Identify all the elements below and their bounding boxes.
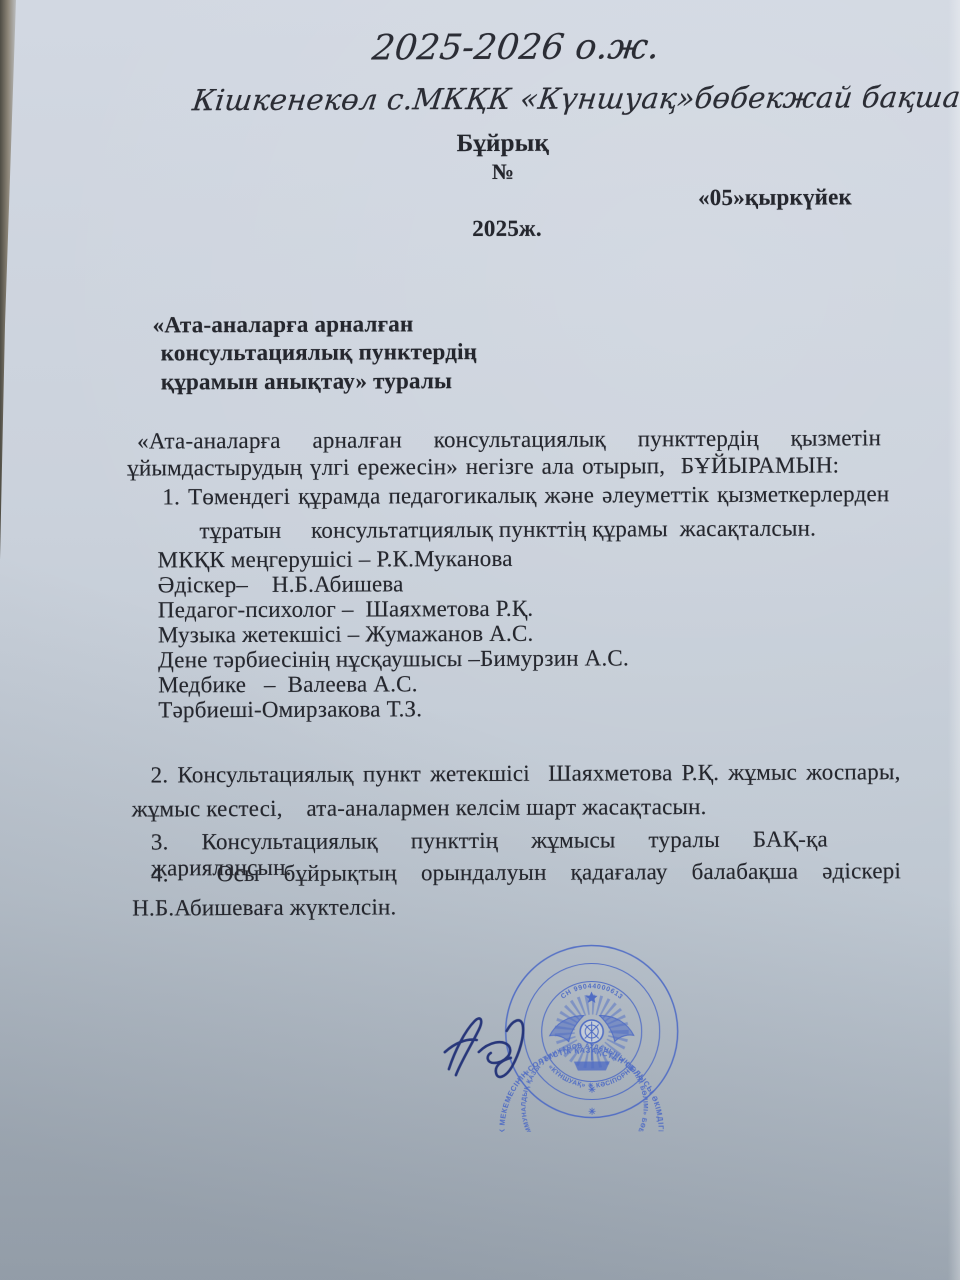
subject-line: құрамын анықтау» туралы <box>161 368 452 395</box>
doc-type-title: Бұйрық <box>423 130 583 159</box>
order-item-1-line: тұратын консультатциялық пункттің құрамы… <box>199 516 816 545</box>
stamp-asterisk-separator: ✳ <box>588 1106 596 1116</box>
organization-line: Кішкенекөл с.МКҚК «Күншуақ»бөбекжай бақш… <box>191 81 815 118</box>
doc-date-year: 2025ж. <box>472 216 542 242</box>
emblem-banner <box>574 1061 610 1070</box>
preamble-line: «Ата-аналарға арналған консультациялық п… <box>137 425 881 454</box>
preamble-line: ұйымдастырудың үлгі ережесін» негізге ал… <box>127 452 839 481</box>
handwritten-signature <box>437 1005 547 1105</box>
staff-list-item: Дене тәрбиесінің нұсқаушысы –Бимурзин А.… <box>158 645 629 673</box>
emblem-wing-right <box>600 1015 634 1041</box>
order-item-4-line: 4. Осы бұйрықтың орындалуын қадағалау ба… <box>151 858 901 887</box>
staff-list-item: Тәрбиеші-Омирзакова Т.З. <box>158 696 422 723</box>
signature-svg <box>437 1005 547 1105</box>
school-year-line: 2025-2026 о.ж. <box>370 27 635 68</box>
order-item-4-line: Н.Б.Абишеваға жүктелсін. <box>132 894 396 921</box>
staff-list-item: Музыка жетекшісі – Жумажанов А.С. <box>158 621 534 649</box>
document-content: 2025-2026 о.ж. Кішкенекөл с.МКҚК «Күншуа… <box>0 0 960 1280</box>
subject-line: «Ата-аналарға арналған <box>153 311 414 338</box>
doc-number-sign: № <box>423 159 583 186</box>
order-item-1-line: 1. Төмендегі құрамда педагогикалық және … <box>162 481 889 510</box>
doc-date-day-month: «05»қыркүйек <box>698 184 852 211</box>
staff-list-item: Медбике – Валеева А.С. <box>158 671 418 698</box>
emblem-wing-left <box>550 1016 584 1042</box>
photographed-order-document: { "document": { "school_year_line": "202… <box>0 0 960 1280</box>
stamp-bsn-number: БСН 990440006136 <box>491 931 624 1002</box>
subject-line: консультациялық пунктердің <box>161 339 477 366</box>
staff-list-item: МКҚК меңгерушісі – Р.К.Муканова <box>158 546 513 574</box>
staff-list-item: Педагог-психолог – Шаяхметова Р.Қ. <box>158 596 534 624</box>
staff-list-item: Әдіскер– Н.Б.Абишева <box>158 571 404 598</box>
order-item-2-line: 2. Консультациялық пункт жетекшісі Шаяхм… <box>151 759 901 788</box>
order-item-2-line: жұмыс кестесі, ата-аналармен келсім шарт… <box>132 794 707 823</box>
stamp-asterisk-separator: ✳ <box>588 1084 596 1094</box>
